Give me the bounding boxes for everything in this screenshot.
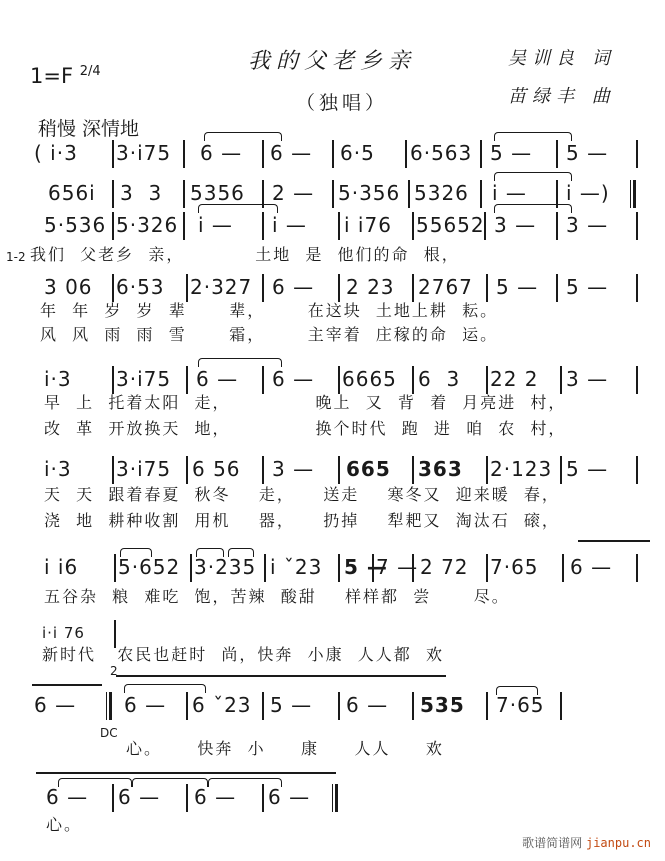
measure: 5 — [270, 690, 312, 720]
tie [494, 204, 572, 213]
watermark-brand: jianpu.cn [586, 836, 651, 850]
measure: 5 — [496, 272, 538, 302]
barline [556, 212, 558, 240]
key-label: 1=F [30, 64, 73, 88]
barline [264, 554, 266, 582]
barline [190, 554, 192, 582]
measure: 6 — [34, 690, 76, 720]
measure: 6 — [124, 690, 166, 720]
measure: 22 2 [490, 364, 539, 394]
score-row-9: 6 — 6 — 6 ˇ23 5 — 6 — 535 7·65 [0, 690, 665, 720]
barline [186, 366, 188, 394]
measure: i i76 [344, 210, 392, 240]
measure: 5326 [414, 178, 469, 208]
barline [186, 692, 188, 720]
barline [486, 274, 488, 302]
barline [262, 212, 264, 240]
barline [112, 180, 114, 208]
volta-label: 2 [110, 664, 118, 678]
tie [124, 684, 206, 693]
measure: 3·i75 [116, 364, 171, 394]
measure: 5 — [490, 138, 532, 168]
lyricist-credit: 吴训良 词 [508, 44, 616, 70]
barline [338, 554, 340, 582]
score-row-5: i·3 3·i75 6 — 6 — 6665 6 3 22 2 3 — [0, 364, 665, 394]
score-row-10: 6 — 6 — 6 — 6 — [0, 782, 665, 812]
measure: 535 [420, 690, 465, 720]
measure: 6 — [196, 364, 238, 394]
score-row-8: i·i 76 [0, 618, 665, 648]
barline [560, 456, 562, 484]
measure: 3 — [566, 364, 608, 394]
barline [486, 456, 488, 484]
measure: i — [272, 210, 307, 240]
measure: 5 — [566, 138, 608, 168]
barline [636, 140, 638, 168]
watermark-text: 歌谱简谱网 [522, 836, 582, 850]
measure: 6 3 [418, 364, 460, 394]
barline [412, 692, 414, 720]
volta-bracket [116, 675, 446, 677]
barline [412, 456, 414, 484]
time-signature: 2/4 [80, 64, 101, 79]
measure: i ˇ23 [270, 552, 322, 582]
measure: i·3 [44, 454, 72, 484]
lyric-line: 新时代 农民也赶时 尚，快奔 小康 人人都 欢 [42, 646, 444, 664]
slur [120, 548, 152, 557]
measure: 6 — [270, 138, 312, 168]
barline [262, 784, 264, 812]
tie [198, 358, 282, 367]
verse-marker: 1-2 [6, 250, 26, 264]
measure: i — [198, 210, 233, 240]
lyric-line-verse-1: 早 上 托着太阳 走， 晚上 又 背 着 月亮进 村， [44, 394, 566, 412]
barline [262, 140, 264, 168]
barline [332, 180, 334, 208]
lyric-line: 心。 快奔 小 康 人人 欢 [126, 740, 444, 758]
measure: 2·327 [190, 272, 252, 302]
barline [112, 274, 114, 302]
lyric-line: 心。 [46, 816, 82, 834]
lyric-line-verse-1: 年 年 岁 岁 辈 辈， 在这块 土地上耕 耘。 [40, 302, 498, 320]
barline [556, 140, 558, 168]
barline [486, 692, 488, 720]
measure: 363 [418, 454, 463, 484]
barline [556, 274, 558, 302]
barline [186, 274, 188, 302]
measure: 5·356 [338, 178, 400, 208]
barline [183, 212, 185, 240]
measure: 6 — [272, 364, 314, 394]
barline [636, 456, 638, 484]
repeat-barline [106, 692, 112, 720]
barline [262, 366, 264, 394]
watermark: 歌谱简谱网 jianpu.cn [522, 834, 651, 851]
measure: 2 — [272, 178, 314, 208]
measure: 6 — [570, 552, 612, 582]
barline [114, 554, 116, 582]
measure: 3 06 [44, 272, 93, 302]
barline [480, 180, 482, 208]
barline [112, 456, 114, 484]
measure: i i6 [44, 552, 78, 582]
barline [338, 274, 340, 302]
measure: 2·123 [490, 454, 552, 484]
score-row-7: i i6 5·652 3·235 i ˇ23 5 — 7 — 2 72 7·65… [0, 552, 665, 582]
measure: 6·563 [410, 138, 472, 168]
lyric-line-verse-1: 天 天 跟着春夏 秋冬 走， 送走 寒冬又 迎来暖 春， [44, 486, 560, 504]
barline [112, 366, 114, 394]
lyric-line-verse-2: 风 风 雨 雨 雪 霜， 主宰着 庄稼的命 运。 [40, 326, 498, 344]
barline [486, 366, 488, 394]
dc-marker: DC [100, 726, 118, 740]
barline [112, 784, 114, 812]
barline [183, 180, 185, 208]
barline [112, 140, 114, 168]
barline [262, 692, 264, 720]
tie [204, 132, 282, 141]
divider-line [36, 772, 336, 774]
measure: 3 3 [120, 178, 162, 208]
tie [198, 204, 278, 213]
barline [412, 274, 414, 302]
barline [114, 620, 116, 648]
barline [338, 212, 340, 240]
barline [636, 366, 638, 394]
tempo-marking: 稍慢 深情地 [38, 114, 139, 141]
measure: ( i·3 [34, 138, 78, 168]
score-row-6: i·3 3·i75 6 56 3 — 665 363 2·123 5 — [0, 454, 665, 484]
volta-bracket-1 [32, 684, 102, 686]
lyric-line-verse-2: 改 革 开放换天 地， 换个时代 跑 进 咱 农 村， [44, 420, 566, 438]
measure: i —) [566, 178, 610, 208]
measure: 3 — [566, 210, 608, 240]
barline [560, 692, 562, 720]
barline [408, 180, 410, 208]
tie [494, 132, 572, 141]
measure: 6·53 [116, 272, 165, 302]
measure: 6 — [200, 138, 242, 168]
volta-line [578, 540, 650, 542]
tie [494, 172, 572, 181]
lyric-line: 我们 父老乡 亲， 土地 是 他们的命 根， [30, 246, 460, 264]
key-signature: 1=F 2/4 [30, 64, 101, 88]
measure: 6 ˇ23 [192, 690, 252, 720]
final-barline [630, 180, 636, 208]
barline [262, 456, 264, 484]
barline [183, 140, 185, 168]
barline [484, 212, 486, 240]
barline [412, 366, 414, 394]
tie [208, 778, 282, 787]
measure: 55652 [416, 210, 485, 240]
score-row-1: ( i·3 3·i75 6 — 6 — 6·5 6·563 5 — 5 — [0, 138, 665, 168]
barline [338, 456, 340, 484]
barline [338, 366, 340, 394]
score-row-4: 3 06 6·53 2·327 6 — 2 23 2767 5 — 5 — [0, 272, 665, 302]
barline [636, 554, 638, 582]
tie [132, 778, 208, 787]
lyric-line-verse-2: 浇 地 耕种收割 用机 器， 扔掉 犁耙又 淘汰石 磙， [44, 512, 560, 530]
barline [560, 366, 562, 394]
composer-credit: 苗绿丰 曲 [508, 82, 616, 108]
measure: 3 — [494, 210, 536, 240]
slur [228, 548, 254, 557]
measure: 5 — [566, 454, 608, 484]
measure: 3·i75 [116, 138, 171, 168]
measure: 7·65 [490, 552, 539, 582]
measure: 6665 [342, 364, 397, 394]
barline [186, 784, 188, 812]
barline [562, 554, 564, 582]
slur [196, 548, 224, 557]
measure: 3 — [272, 454, 314, 484]
barline [480, 140, 482, 168]
slur [496, 686, 538, 695]
measure: 6·5 [340, 138, 375, 168]
barline [636, 212, 638, 240]
score-row-3: 5·536 5·326 i — i — i i76 55652 3 — 3 — [0, 210, 665, 240]
measure: 3·i75 [116, 454, 171, 484]
barline [186, 456, 188, 484]
measure: 5·536 [44, 210, 106, 240]
measure: i·3 [44, 364, 72, 394]
barline [112, 212, 114, 240]
measure: 6 56 [192, 454, 241, 484]
barline [338, 692, 340, 720]
barline [412, 212, 414, 240]
measure: 656i [48, 178, 96, 208]
measure: i·i 76 [42, 618, 85, 648]
measure: 5·326 [116, 210, 178, 240]
barline [372, 554, 374, 582]
measure: 2 72 [420, 552, 469, 582]
measure: 665 [346, 454, 391, 484]
lyric-line: 五谷杂 粮 难吃 饱，苦辣 酸甜 样样都 尝 尽。 [44, 588, 510, 606]
measure: 2 23 [346, 272, 395, 302]
barline [486, 554, 488, 582]
barline [262, 274, 264, 302]
measure: 6 — [272, 272, 314, 302]
song-subtitle: （独唱） [296, 88, 388, 115]
measure: 6 — [346, 690, 388, 720]
barline [405, 140, 407, 168]
measure: 5 — [566, 272, 608, 302]
song-title: 我的父老乡亲 [248, 44, 416, 75]
barline [636, 274, 638, 302]
barline [332, 140, 334, 168]
final-barline [332, 784, 338, 812]
tie [58, 778, 132, 787]
barline [412, 554, 414, 582]
measure: 2767 [418, 272, 473, 302]
